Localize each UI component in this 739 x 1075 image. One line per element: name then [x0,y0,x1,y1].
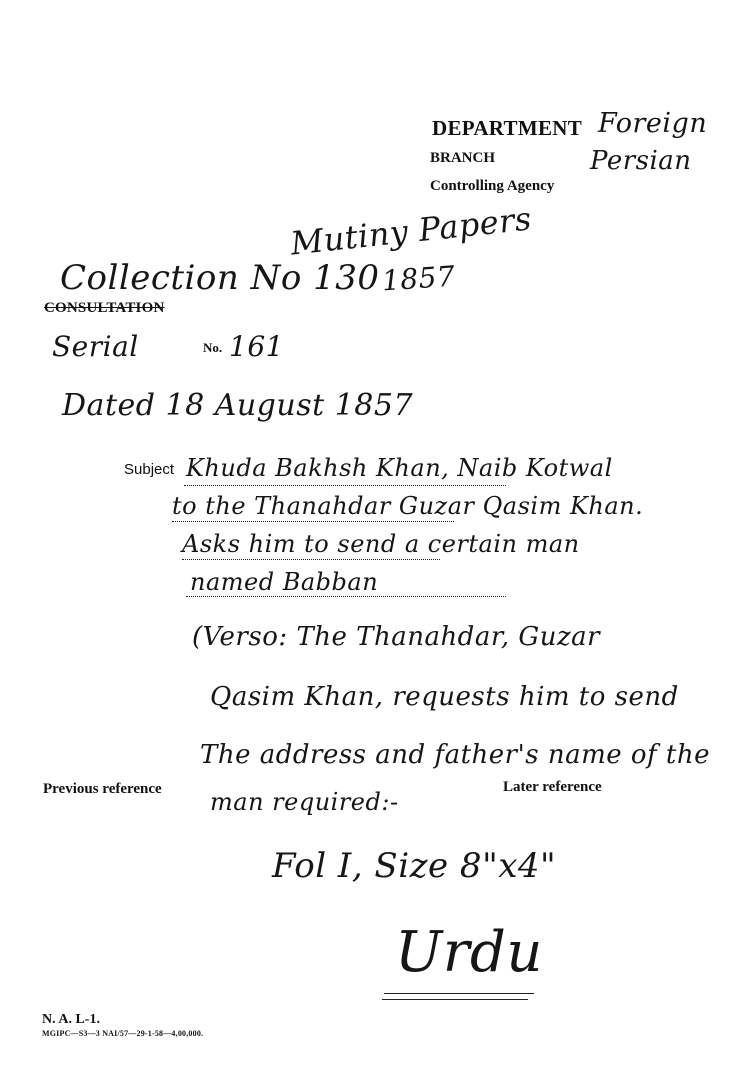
subject-line-3: Asks him to send a certain man [182,530,580,558]
collection-title: Mutiny Papers [289,199,534,262]
language-label: Urdu [395,920,543,985]
previous-reference-label: Previous reference [43,781,162,798]
subject-line-4: named Babban [190,568,378,596]
language-underline [384,993,534,994]
folio-size: Fol I, Size 8"x4" [272,846,556,886]
verso-line-4: man required:- [210,788,399,816]
collection-number: Collection No 130 [60,258,380,298]
department-value: Foreign [598,108,707,139]
verso-line-1: (Verso: The Thanahdar, Guzar [192,622,600,652]
verso-line-2: Qasim Khan, requests him to send [210,682,679,712]
subject-line-1: Khuda Bakhsh Khan, Naib Kotwal [186,454,613,482]
serial-number: 161 [229,330,284,363]
department-label: DEPARTMENT [432,116,582,141]
collection-year: 1857 [381,259,456,297]
controlling-agency-label: Controlling Agency [430,178,554,195]
print-code: MGIPC—S3—3 NAI/57—29-1-58—4,00,000. [42,1029,203,1038]
subject-label: Subject [124,461,174,478]
serial-no-label: No. [203,340,222,356]
branch-value: Persian [590,146,692,176]
verso-line-3: The address and father's name of the [200,740,710,770]
subject-dotted-line [184,485,506,486]
later-reference-label: Later reference [503,779,602,796]
form-code: N. A. L-1. [42,1012,100,1028]
language-underline [382,999,528,1000]
subject-dotted-line [182,559,440,560]
subject-dotted-line [172,521,454,522]
branch-label: BRANCH [430,150,495,167]
subject-dotted-line [186,596,506,597]
subject-line-2: to the Thanahdar Guzar Qasim Khan. [172,492,643,520]
consultation-label: CONSULTATION [44,300,165,317]
serial-label: Serial [52,330,139,363]
dated-field: Dated 18 August 1857 [62,388,413,423]
